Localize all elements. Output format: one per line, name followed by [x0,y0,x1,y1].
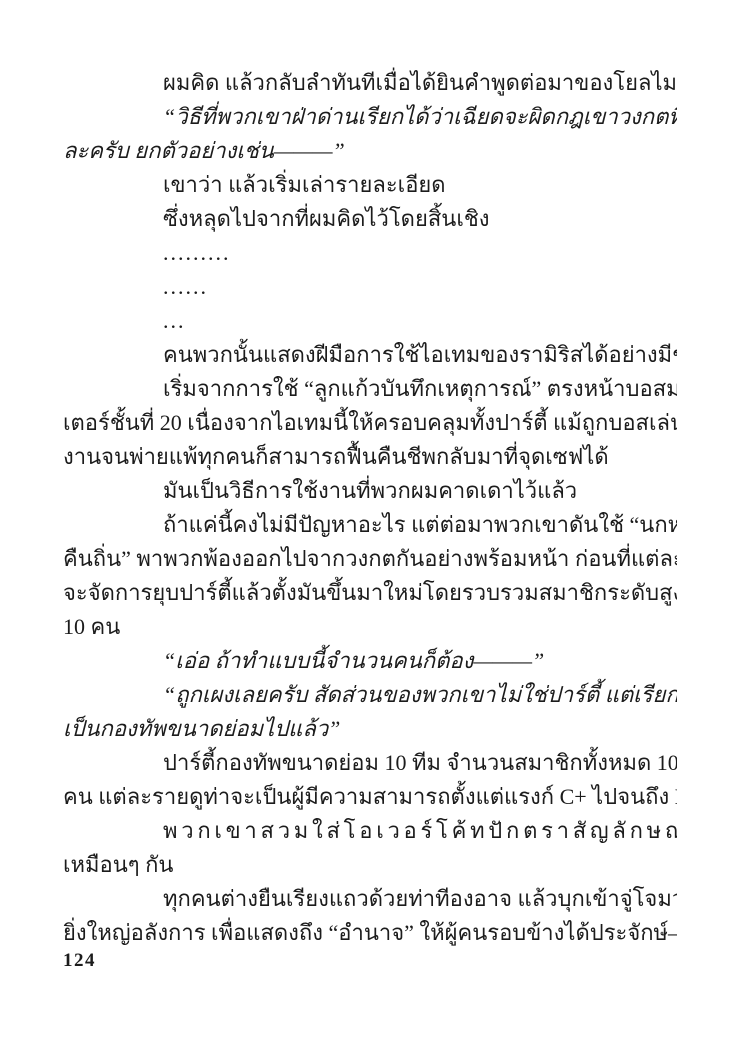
body-text-line: 10 คน [63,610,677,644]
dialogue-line: “ถูกเผงเลยครับ สัดส่วนของพวกเขาไม่ใช่ปาร… [63,678,677,712]
body-text-line: ทุกคนต่างยืนเรียงแถวด้วยท่าทีองอาจ แล้วบ… [63,882,677,916]
dialogue-line: เป็นกองทัพขนาดย่อมไปแล้ว” [63,712,677,746]
body-text-line: เตอร์ชั้นที่ 20 เนื่องจากไอเทมนี้ให้ครอบ… [63,406,677,440]
body-text-line: ถ้าแค่นี้คงไม่มีปัญหาอะไร แต่ต่อมาพวกเขา… [63,508,677,542]
ellipsis-line: ......... [63,236,677,270]
ellipsis-line: ...... [63,270,677,304]
body-text-line: มันเป็นวิธีการใช้งานที่พวกผมคาดเดาไว้แล้… [63,474,677,508]
body-text-line: งานจนพ่ายแพ้ทุกคนก็สามารถฟื้นคืนชีพกลับม… [63,440,677,474]
body-text-line: ยิ่งใหญ่อลังการ เพื่อแสดงถึง “อำนาจ” ให้… [63,916,677,950]
ellipsis-line: ... [63,304,677,338]
dialogue-line: “วิธีที่พวกเขาฝ่าด่านเรียกได้ว่าเฉียดจะผ… [63,100,677,134]
body-text-line: จะจัดการยุบปาร์ตี้แล้วตั้งมันขึ้นมาใหม่โ… [63,576,677,610]
body-text-line: เหมือนๆ กัน [63,848,677,882]
book-page: ผมคิด แล้วกลับลำทันทีเมื่อได้ยินคำพูดต่อ… [0,0,738,1051]
page-number: 124 [63,950,96,972]
body-text-line: ผมคิด แล้วกลับลำทันทีเมื่อได้ยินคำพูดต่อ… [63,66,677,100]
body-text-line: คนพวกนั้นแสดงฝีมือการใช้ไอเทมของรามิริสไ… [63,338,677,372]
body-text-line: พวกเขาสวมใส่โอเวอร์โค้ทปักตราสัญลักษณ์บา… [63,814,677,848]
body-text-line: ปาร์ตี้กองทัพขนาดย่อม 10 ทีม จำนวนสมาชิก… [63,746,677,780]
dialogue-line: ละครับ ยกตัวอย่างเช่น———” [63,134,677,168]
body-text-line: เขาว่า แล้วเริ่มเล่ารายละเอียด [63,168,677,202]
body-text-line: ซึ่งหลุดไปจากที่ผมคิดไว้โดยสิ้นเชิง [63,202,677,236]
body-text-line: เริ่มจากการใช้ “ลูกแก้วบันทึกเหตุการณ์” … [63,372,677,406]
dialogue-line: “เอ่อ ถ้าทำแบบนี้จำนวนคนก็ต้อง———” [63,644,677,678]
body-text-line: คืนถิ่น” พาพวกพ้องออกไปจากวงกตกันอย่างพร… [63,542,677,576]
page-body: ผมคิด แล้วกลับลำทันทีเมื่อได้ยินคำพูดต่อ… [63,66,677,950]
body-text-line: คน แต่ละรายดูท่าจะเป็นผู้มีความสามารถตั้… [63,780,677,814]
